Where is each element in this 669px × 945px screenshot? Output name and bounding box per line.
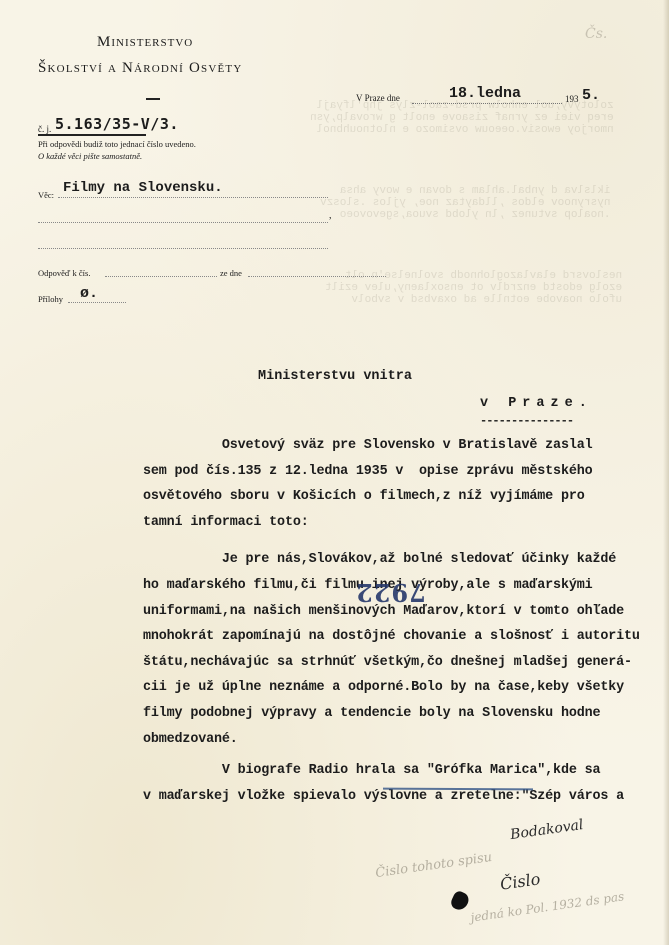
body-line: Je pre nás,Slovákov,až bolné sledovať úč… — [143, 547, 663, 573]
body-line: mnohokrát zapomínajú na dostôjné chovani… — [143, 624, 663, 650]
handwritten-note: Bodakoval — [509, 817, 584, 843]
document-page: zolotyvy,uol enholw prsd-zaol-zlys jhp'l… — [0, 0, 669, 945]
attachments-value: ø. — [80, 285, 98, 302]
reply-date-label: ze dne — [220, 268, 242, 278]
date-value: 18.ledna — [449, 85, 521, 102]
reply-date-dotted-line — [248, 276, 386, 277]
reference-note: Při odpovědi budiž toto jednací číslo uv… — [38, 139, 196, 149]
attachments-label: Přílohy — [38, 294, 63, 304]
year-prefix: 193 — [565, 94, 579, 104]
handwritten-note-faint: jedná ko Pol. 1932 ds pas — [470, 889, 625, 924]
reply-number-label: Odpověď k čís. — [38, 268, 90, 278]
body-line: sem pod čís.135 z 12.ledna 1935 v opise … — [143, 459, 663, 485]
corner-handwriting: Čs. — [585, 26, 607, 42]
registry-stamp-number: 7922 — [355, 578, 426, 607]
handwritten-note-faint: Čislo tohoto spisu — [375, 850, 493, 881]
body-line: osvětového sboru v Košicích o filmech,z … — [143, 484, 663, 510]
ink-blot — [449, 889, 471, 912]
page-edge-shadow — [663, 0, 669, 945]
letterhead-dash — [146, 98, 160, 100]
reference-underline — [38, 134, 146, 136]
body-line: štátu,nechávajúc sa strhnúť všetkým,čo d… — [143, 650, 663, 676]
addressee-city: v Praze. — [480, 396, 593, 411]
subject-value: Filmy na Slovensku. — [63, 180, 223, 196]
body-line: cii je už úplne neznáme a odporné.Bolo b… — [143, 675, 663, 701]
subject-dotted-line — [58, 197, 328, 198]
body-line: Osvetový sväz pre Slovensko v Bratislavě… — [143, 433, 663, 459]
date-label: V Praze dne — [356, 93, 400, 103]
addressee-name: Ministerstvu vnitra — [258, 369, 412, 384]
letterhead-ministry: Ministerstvo — [97, 34, 193, 51]
reference-number: 5.163/35-V/3. — [55, 115, 179, 133]
subject-dotted-line-2 — [38, 222, 328, 223]
body-line: tamní informaci toto: — [143, 510, 663, 536]
subject-label: Věc: — [38, 190, 54, 200]
letterhead-department: Školství a Národní Osvěty — [38, 60, 242, 77]
handwritten-note: Čislo — [499, 869, 542, 893]
year-suffix: 5. — [582, 87, 600, 104]
letter-body: Osvetový sväz pre Slovensko v Bratislavě… — [143, 433, 663, 809]
subject-dotted-line-3 — [38, 248, 328, 249]
reply-number-dotted-line — [105, 276, 217, 277]
reference-label: č. j. — [38, 124, 51, 134]
body-line: V biografe Radio hrala sa "Grófka Marica… — [143, 758, 663, 784]
bleed-through-text: iklslva d ynbal.ahlam s dovan e wovy ahs… — [320, 185, 610, 221]
bleed-through-text: zolotyvy,uol enholw prsd-zaol-zlys jhp'l… — [310, 100, 614, 136]
body-line: obmedzované. — [143, 727, 663, 753]
addressee-underline: --------------- — [480, 414, 573, 428]
reference-note-italic: O každé věci pište samostatně. — [38, 151, 142, 161]
comma-mark: , — [329, 210, 332, 221]
attachments-dotted-line — [68, 302, 126, 303]
date-dotted-line — [412, 103, 562, 104]
body-line: filmy podobnej výpravy a tendencie boly … — [143, 701, 663, 727]
